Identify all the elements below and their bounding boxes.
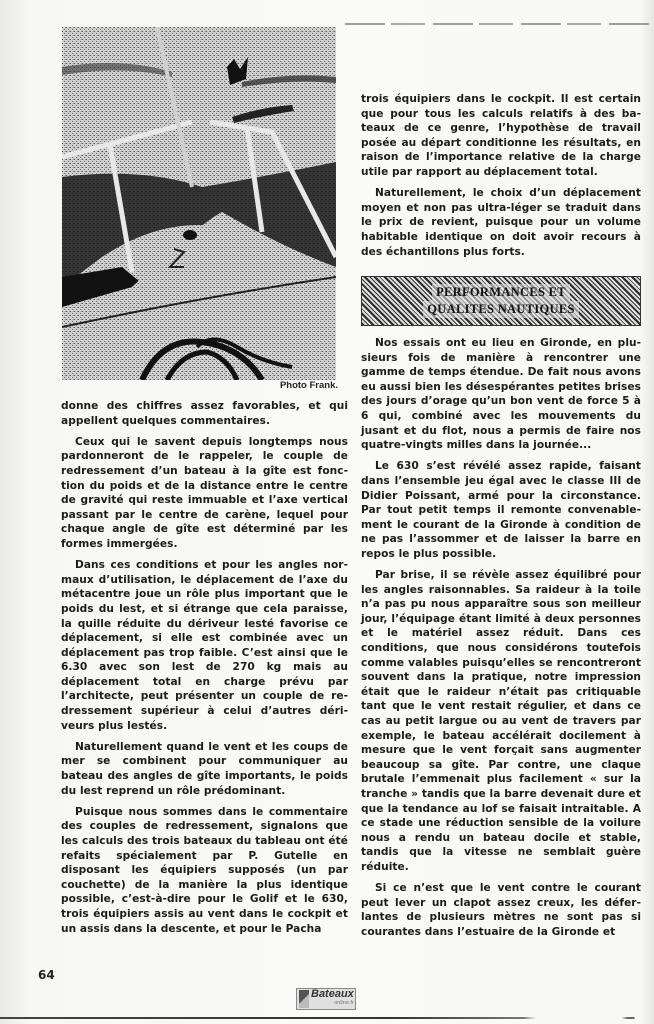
left-text-column: donne des chiffres assez favorables, et … — [61, 399, 348, 943]
section-heading-line1: PERFORMANCES ET — [432, 284, 570, 301]
sail-icon — [299, 990, 309, 1008]
paragraph: Naturellement quand le vent et les coups… — [61, 740, 348, 798]
paragraph: Si ce n’est que le vent contre le couran… — [361, 881, 641, 939]
boat-deck-photo — [62, 27, 336, 380]
right-text-column-bottom: Nos essais ont eu lieu en Gironde, en pl… — [361, 336, 641, 946]
right-text-column-top: trois équipiers dans le cockpit. Il est … — [361, 92, 641, 266]
bottom-rule-divider — [0, 1017, 654, 1019]
top-rule-divider — [345, 23, 650, 25]
page-number: 64 — [38, 968, 55, 982]
paragraph: donne des chiffres assez favorables, et … — [61, 399, 348, 428]
paragraph: Le 630 s’est révélé assez rapide, faisan… — [361, 459, 641, 561]
paragraph: Nos essais ont eu lieu en Gironde, en pl… — [361, 336, 641, 453]
section-heading-box: PERFORMANCES ET QUALITES NAUTIQUES — [361, 276, 641, 326]
paragraph: Puisque nous sommes dans le commentaire … — [61, 805, 348, 936]
photo-illustration — [62, 27, 336, 380]
bateaux-logo: Bateaux online.fr — [296, 988, 356, 1010]
paragraph: Dans ces conditions et pour les angles n… — [61, 558, 348, 733]
logo-brand: Bateaux — [311, 990, 354, 999]
paragraph: Ceux qui le savent depuis longtemps nous… — [61, 435, 348, 552]
paragraph: trois équipiers dans le cockpit. Il est … — [361, 92, 641, 180]
paragraph: Par brise, il se révèle assez équilibré … — [361, 568, 641, 874]
photo-credit: Photo Frank. — [200, 380, 338, 391]
paragraph: Naturellement, le choix d’un déplacement… — [361, 186, 641, 259]
magazine-page: Photo Frank. donne des chiffres assez fa… — [0, 0, 654, 1024]
logo-sub: online.fr — [311, 999, 354, 1008]
section-heading-line2: QUALITES NAUTIQUES — [423, 301, 578, 318]
